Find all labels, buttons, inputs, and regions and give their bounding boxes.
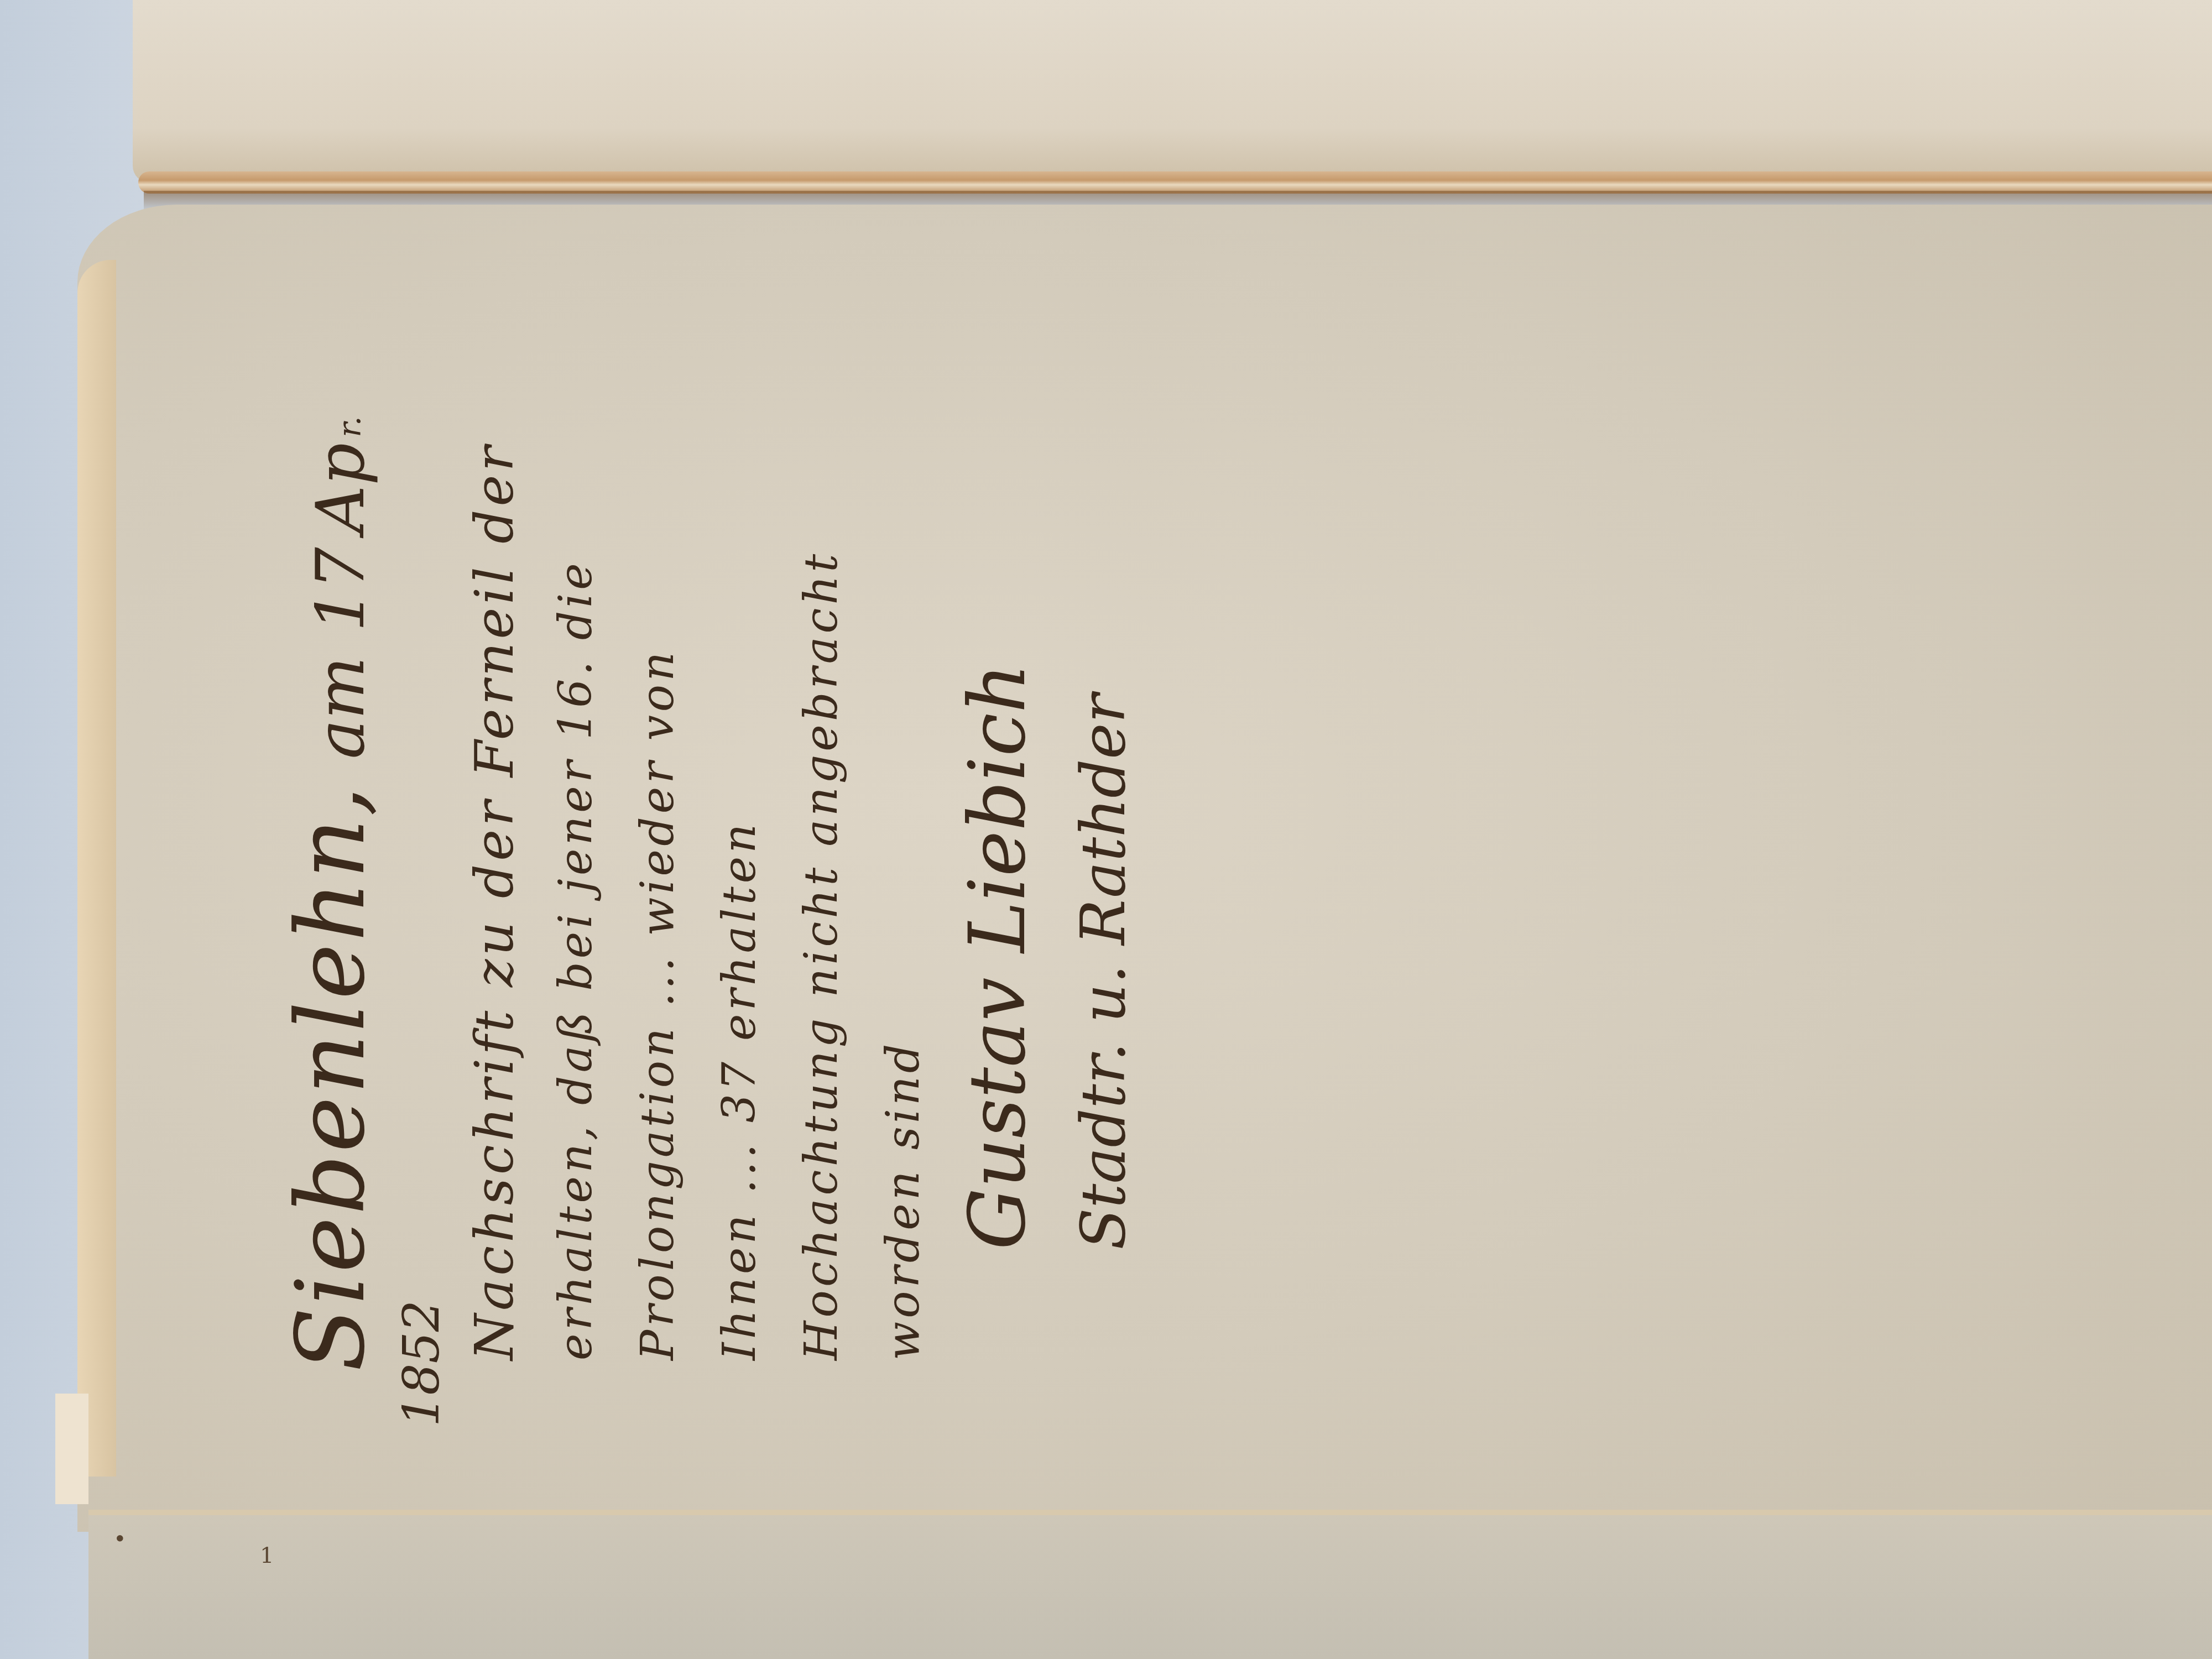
page-left-edge: [77, 260, 116, 1477]
heading-place: Siebenlehn,: [276, 784, 386, 1371]
heading-date-prefix: am: [302, 656, 379, 759]
body-line: Nachschrift zu der Ferneil der: [453, 254, 535, 1360]
margin-mark: 1: [260, 1543, 274, 1568]
body-line: worden sind: [863, 254, 945, 1360]
body-line: Prolongation ... wieder von: [617, 254, 699, 1360]
letter-body: Nachschrift zu der Ferneil der erhalten,…: [453, 254, 945, 1360]
handwritten-text-block: Siebenlehn, am 17 Apr. 1852 Nachschrift …: [254, 265, 1250, 1427]
letter-year: 1852: [393, 1300, 451, 1427]
margin-mark: •: [113, 1526, 127, 1552]
body-line: Hochachtung nicht angebracht: [781, 254, 863, 1360]
page-stack-edge: [138, 171, 2212, 194]
signature-block: Gustav Liebich Stadtr. u. Rathder: [946, 310, 1156, 1250]
binding-page: [88, 1515, 2212, 1659]
paper-tab: [55, 1394, 88, 1504]
heading-month: Ap: [302, 443, 379, 533]
body-line: Ihnen ... 37 erhalten: [699, 254, 781, 1360]
signature-title: Stadtr. u. Rathder: [1051, 310, 1156, 1250]
facing-page: [133, 0, 2212, 182]
signature-name: Gustav Liebich: [946, 310, 1051, 1250]
heading-superscript: r.: [332, 416, 368, 437]
heading-day: 17: [302, 547, 379, 632]
letter-heading: Siebenlehn, am 17 Apr.: [276, 416, 386, 1371]
body-line: erhalten, daß bei jener 16. die: [535, 254, 617, 1360]
